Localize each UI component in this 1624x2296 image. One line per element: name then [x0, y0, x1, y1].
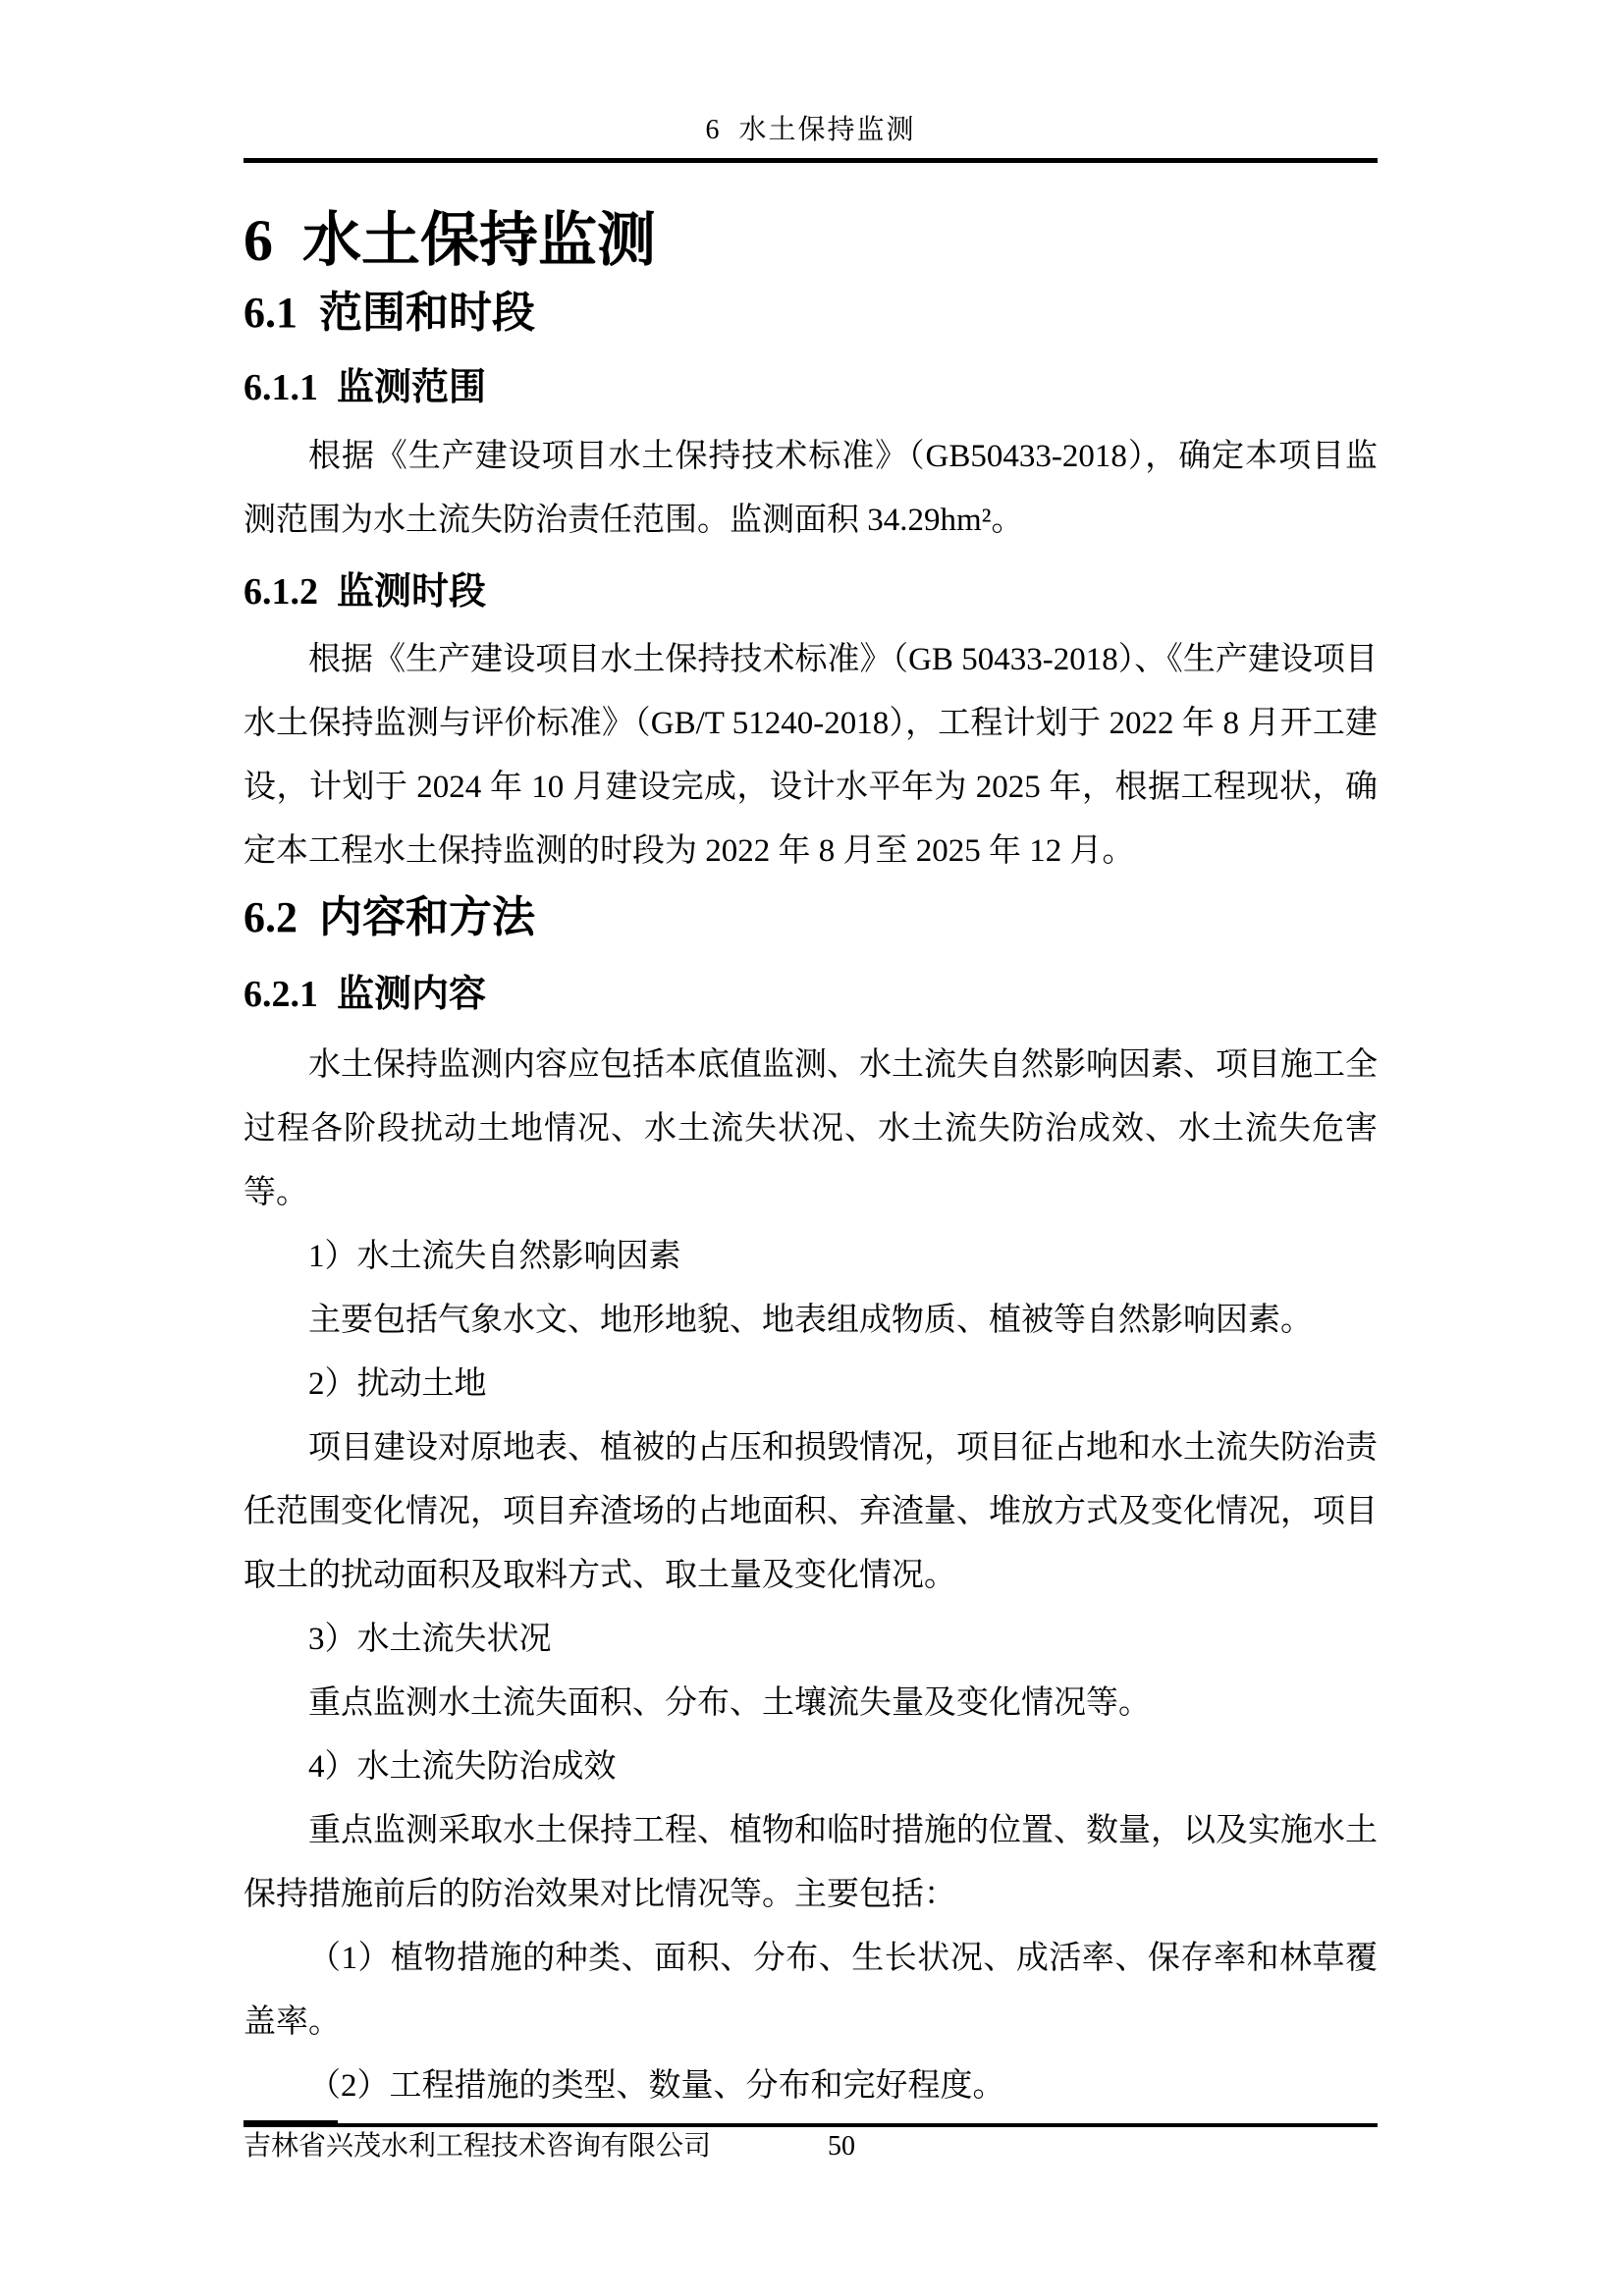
- list-item-2-body: 项目建设对原地表、植被的占压和损毁情况，项目征占地和水土流失防治责任范围变化情况…: [244, 1416, 1378, 1608]
- document-page: 6 水土保持监测 6 水土保持监测 6.1 范围和时段 6.1.1 监测范围 根…: [0, 0, 1624, 2296]
- list-item-4-body: 重点监测采取水土保持工程、植物和临时措施的位置、数量，以及实施水土保持措施前后的…: [244, 1799, 1378, 1927]
- section-heading-6-1: 6.1 范围和时段: [244, 290, 1378, 337]
- list-item-2-heading: 2）扰动土地: [244, 1353, 1378, 1416]
- footer-rule: [244, 2123, 1378, 2127]
- footer-row: 吉林省兴茂水利工程技术咨询有限公司 50: [244, 2132, 1378, 2162]
- subsection-heading-6-1-2: 6.1.2 监测时段: [244, 570, 1378, 614]
- list-item-1-heading: 1）水土流失自然影响因素: [244, 1225, 1378, 1289]
- subsection-heading-6-1-1: 6.1.1 监测范围: [244, 366, 1378, 409]
- page-header-title: 6 水土保持监测: [244, 0, 1378, 144]
- chapter-title: 6 水土保持监测: [244, 209, 1378, 272]
- page-footer: 吉林省兴茂水利工程技术咨询有限公司 50: [244, 2121, 1378, 2162]
- sub-item-1-plant-measures: （1）植物措施的种类、面积、分布、生长状况、成活率、保存率和林草覆盖率。: [244, 1927, 1378, 2055]
- header-rule: [244, 158, 1378, 163]
- subsection-heading-6-2-1: 6.2.1 监测内容: [244, 973, 1378, 1016]
- list-item-1-body: 主要包括气象水文、地形地貌、地表组成物质、植被等自然影响因素。: [244, 1289, 1378, 1353]
- paragraph-monitoring-period: 根据《生产建设项目水土保持技术标准》（GB 50433-2018）、《生产建设项…: [244, 628, 1378, 883]
- list-item-3-heading: 3）水土流失状况: [244, 1608, 1378, 1672]
- page-number: 50: [828, 2132, 855, 2162]
- footer-company-name: 吉林省兴茂水利工程技术咨询有限公司: [244, 2132, 711, 2162]
- content-column: 6 水土保持监测 6 水土保持监测 6.1 范围和时段 6.1.1 监测范围 根…: [244, 0, 1378, 2118]
- section-heading-6-2: 6.2 内容和方法: [244, 894, 1378, 941]
- list-item-4-heading: 4）水土流失防治成效: [244, 1735, 1378, 1799]
- list-item-3-body: 重点监测水土流失面积、分布、土壤流失量及变化情况等。: [244, 1672, 1378, 1735]
- paragraph-monitoring-content: 水土保持监测内容应包括本底值监测、水土流失自然影响因素、项目施工全过程各阶段扰动…: [244, 1034, 1378, 1225]
- paragraph-monitoring-scope: 根据《生产建设项目水土保持技术标准》（GB50433-2018），确定本项目监测…: [244, 425, 1378, 553]
- footer-rule-thick-segment: [244, 2120, 338, 2127]
- sub-item-2-engineering-measures: （2）工程措施的类型、数量、分布和完好程度。: [244, 2055, 1378, 2118]
